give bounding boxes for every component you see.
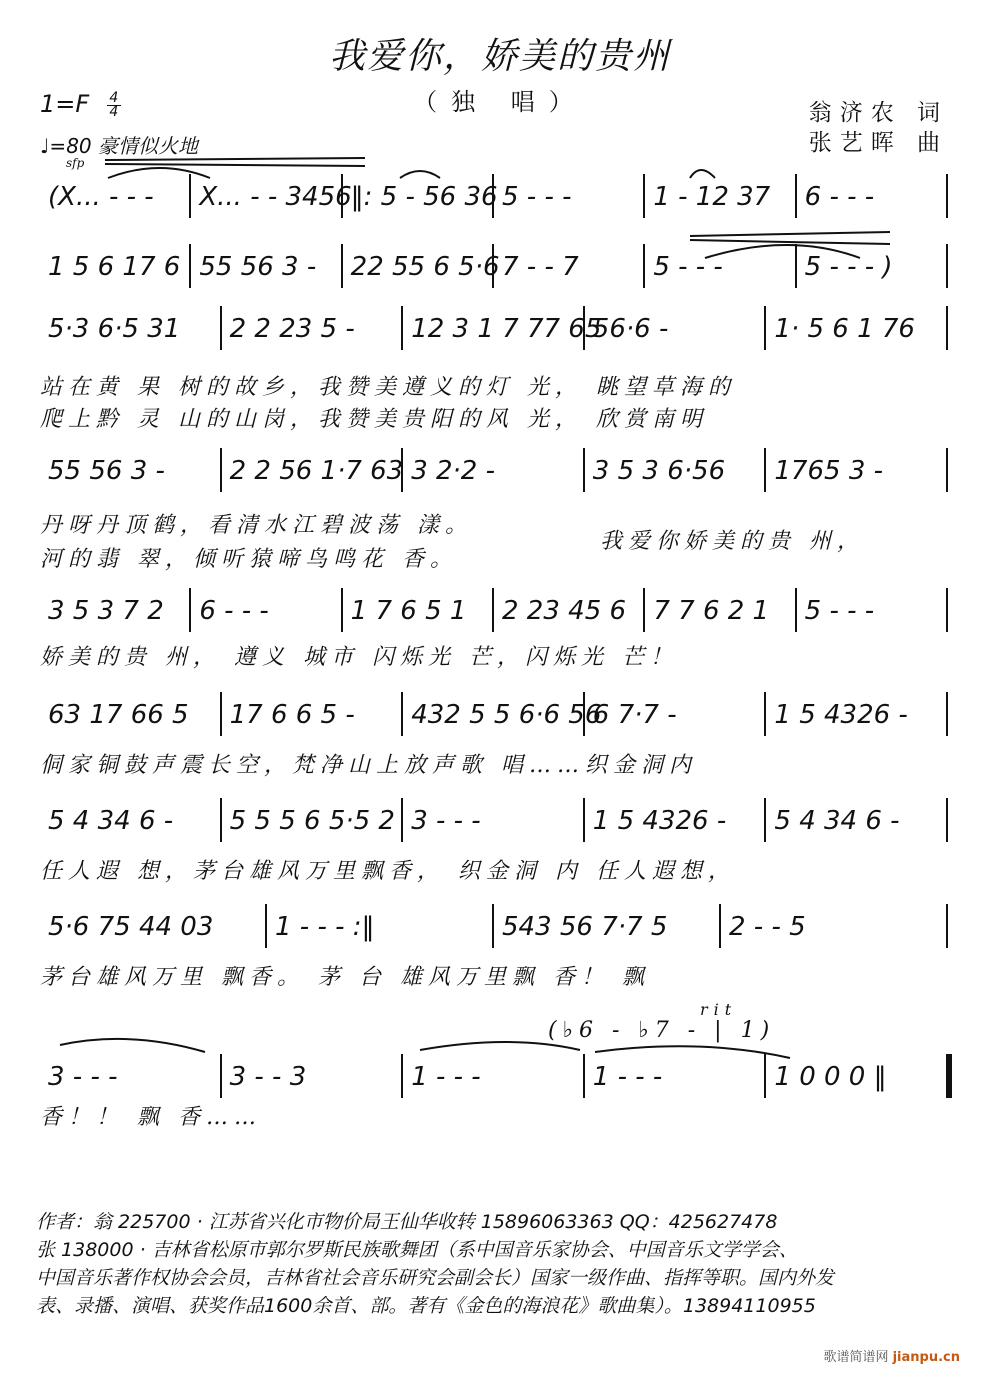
barline (946, 448, 948, 492)
measure: 5 4 34 6 - (48, 806, 218, 846)
measure: 3 - - - (411, 806, 581, 846)
measure: 5 - - - (805, 596, 944, 636)
measure: 5 5 5 6 5·5 2 (230, 806, 400, 846)
barline (341, 588, 343, 632)
barline (401, 798, 403, 842)
lyric-line: 爬上黔 灵 山的山岗，我赞美贵阳的风 光， 欣赏南明 (40, 402, 708, 433)
barline (492, 244, 494, 288)
barline (764, 306, 766, 350)
measure: 6 - - - (199, 596, 338, 636)
measure: 2 - - 5 (729, 912, 944, 952)
credits: 翁济农 词 张艺晖 曲 (809, 98, 948, 158)
barline (643, 174, 645, 218)
lyric-line: 娇美的贵 州， 遵义 城市 闪烁光 芒，闪烁光 芒！ (40, 640, 678, 671)
ritardando-marking: rit (700, 1000, 737, 1019)
watermark[interactable]: 歌谱简谱网 jianpu.cn (823, 1346, 960, 1365)
lyric-line: 香！！ 飘 香…… (40, 1100, 262, 1131)
barline (583, 1054, 585, 1098)
measure: 1 - - - (593, 1062, 763, 1102)
measure: 1 0 0 0 ‖ (774, 1062, 944, 1102)
song-title: 我爱你，娇美的贵州 (0, 28, 1000, 79)
lyricist-credit: 翁济农 词 (809, 98, 948, 128)
lyric-line: 丹呀丹顶鹤，看清水江碧波荡 漾。 (40, 508, 473, 539)
time-sig-bottom: 4 (107, 106, 121, 119)
measure: 5 - - - (502, 182, 641, 222)
time-signature: 4 4 (107, 92, 121, 119)
barline (946, 588, 948, 632)
barline (946, 244, 948, 288)
barline (764, 1054, 766, 1098)
measure: 22 55 6 5·6 (351, 252, 490, 292)
key-signature: 1=F 4 4 (40, 90, 121, 119)
barline (795, 174, 797, 218)
measure: 3 - - - (48, 1062, 218, 1102)
barline (946, 904, 948, 948)
measure: 1· 5 6 1 76 (774, 314, 944, 354)
barline (643, 244, 645, 288)
lyric-line: 河的翡 翠，倾听猿啼鸟鸣花 香。 (40, 542, 458, 573)
tempo-marking: ♩=80 豪情似火地 (40, 130, 198, 159)
measure: 55 56 3 - (48, 456, 218, 496)
barline (946, 306, 948, 350)
measure: 7 7 6 2 1 (653, 596, 792, 636)
lyric-line: 侗家铜鼓声震长空，梵净山上放声歌 唱……织金洞内 (40, 748, 697, 779)
measure: 1 - - - :‖ (275, 912, 490, 952)
measure: 2 23 45 6 (502, 596, 641, 636)
measure: 1 5 4326 - (774, 700, 944, 740)
barline (583, 306, 585, 350)
time-sig-top: 4 (107, 92, 121, 105)
barline (764, 798, 766, 842)
barline (795, 588, 797, 632)
barline (492, 174, 494, 218)
barline (492, 904, 494, 948)
measure: 1 - - - (411, 1062, 581, 1102)
measure: 6 7·7 - (593, 700, 763, 740)
barline (946, 692, 948, 736)
barline (643, 588, 645, 632)
measure: 3 2·2 - (411, 456, 581, 496)
barline (341, 244, 343, 288)
barline (220, 1054, 222, 1098)
measure: 5·3 6·5 31 (48, 314, 218, 354)
barline (220, 448, 222, 492)
barline (946, 174, 948, 218)
measure: 5·6 75 44 03 (48, 912, 263, 952)
measure: 1 - 12 37 (653, 182, 792, 222)
barline (341, 174, 343, 218)
refrain-lyric: 我爱你娇美的贵 州， (600, 524, 865, 555)
barline (764, 448, 766, 492)
barline (265, 904, 267, 948)
measure: 3 5 3 7 2 (48, 596, 187, 636)
barline (583, 798, 585, 842)
watermark-site-name: 歌谱简谱网 (823, 1350, 888, 1365)
measure: X... - - 3456 (199, 182, 338, 222)
barline (401, 692, 403, 736)
measure: 3 5 3 6·56 (593, 456, 763, 496)
measure: 63 17 66 5 (48, 700, 218, 740)
lyric-line: 站在黄 果 树的故乡，我赞美遵义的灯 光， 眺望草海的 (40, 370, 736, 401)
measure: 5 - - - ) (805, 252, 944, 292)
measure: 1 5 6 17 6 (48, 252, 187, 292)
composer-credit: 张艺晖 曲 (809, 128, 948, 158)
measure: 3 - - 3 (230, 1062, 400, 1102)
author-info: 作者：翁 225700 · 江苏省兴化市物价局王仙华收转 15896063363… (36, 1208, 834, 1320)
barline (220, 306, 222, 350)
watermark-url[interactable]: jianpu.cn (893, 1350, 960, 1365)
barline (764, 692, 766, 736)
measure: 432 5 5 6·6 56 (411, 700, 581, 740)
measure: 543 56 7·7 5 (502, 912, 717, 952)
measure: 56·6 - (593, 314, 763, 354)
ossia-passage: (♭6 - ♭7 - | 1) (548, 1018, 775, 1043)
measure: 7 - - 7 (502, 252, 641, 292)
measure: 1765 3 - (774, 456, 944, 496)
measure: 5 - - - (653, 252, 792, 292)
footer-line: 作者：翁 225700 · 江苏省兴化市物价局王仙华收转 15896063363… (36, 1208, 834, 1236)
footer-line: 张 138000 · 吉林省松原市郭尔罗斯民族歌舞团（系中国音乐家协会、中国音乐… (36, 1236, 834, 1264)
barline (220, 692, 222, 736)
barline (220, 798, 222, 842)
barline (189, 174, 191, 218)
barline (795, 244, 797, 288)
barline (492, 588, 494, 632)
barline (583, 692, 585, 736)
footer-line: 中国音乐著作权协会会员，吉林省社会音乐研究会副会长）国家一级作曲、指挥等职。国内… (36, 1264, 834, 1292)
barline (946, 798, 948, 842)
key-label: 1=F (40, 90, 89, 118)
barline (946, 1054, 952, 1098)
barline (401, 1054, 403, 1098)
dynamic-marking: sfp (66, 156, 84, 170)
lyric-line: 茅台雄风万里 飘香。 茅 台 雄风万里飘 香！ 飘 (40, 960, 650, 991)
measure: 55 56 3 - (199, 252, 338, 292)
barline (401, 448, 403, 492)
lyric-line: 任人遐 想，茅台雄风万里飘香， 织金洞 内 任人遐想， (40, 854, 736, 885)
measure: 1 7 6 5 1 (351, 596, 490, 636)
barline (583, 448, 585, 492)
measure: 1 5 4326 - (593, 806, 763, 846)
measure: 2 2 56 1·7 63 (230, 456, 400, 496)
measure: ‖: 5 - 56 36 (351, 182, 490, 222)
measure: 17 6 6 5 - (230, 700, 400, 740)
measure: (X... - - - (48, 182, 187, 222)
measure: 2 2 23 5 - (230, 314, 400, 354)
barline (189, 244, 191, 288)
barline (189, 588, 191, 632)
measure: 12 3 1 7 77 65 (411, 314, 581, 354)
barline (401, 306, 403, 350)
footer-line: 表、录播、演唱、获奖作品1600余首、部。著有《金色的海浪花》歌曲集）。1389… (36, 1292, 834, 1320)
barline (719, 904, 721, 948)
measure: 6 - - - (805, 182, 944, 222)
measure: 5 4 34 6 - (774, 806, 944, 846)
